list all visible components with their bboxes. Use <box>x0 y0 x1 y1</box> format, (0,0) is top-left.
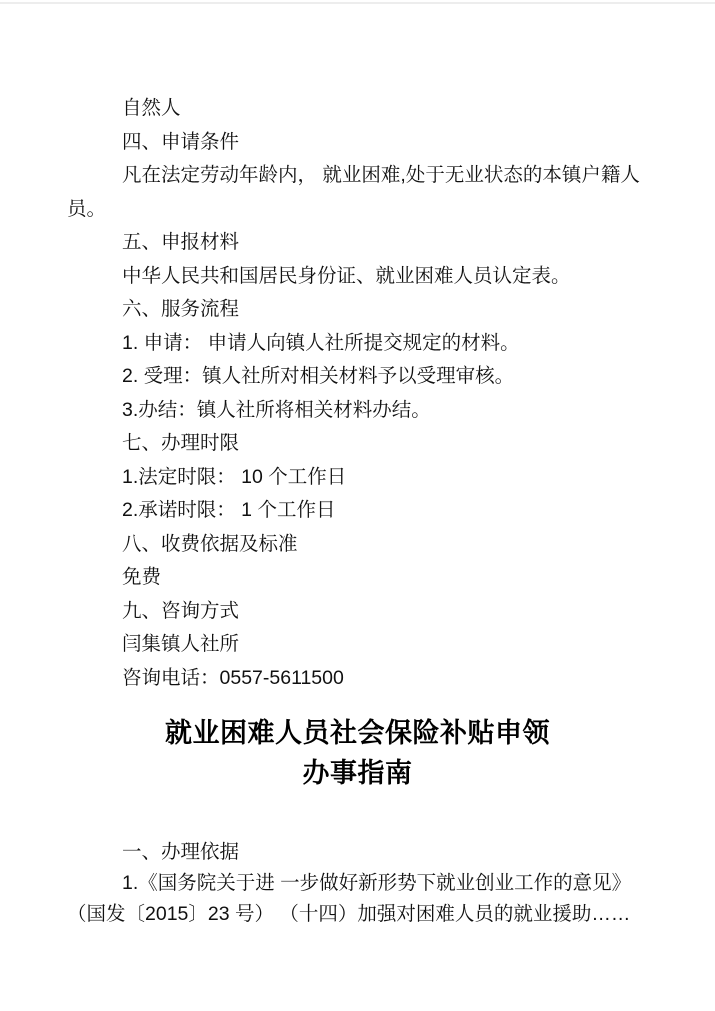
doc-line: （国发〔2015〕23 号） （十四）加强对困难人员的就业援助…… <box>67 899 655 930</box>
doc-line: 2. 受理：镇人社所对相关材料予以受理审核。 <box>67 360 655 394</box>
doc-line: 1.《国务院关于进 一步做好新形势下就业创业工作的意见》 <box>67 868 655 899</box>
doc-line-phone: 咨询电话：0557-5611500 <box>67 662 655 696</box>
doc-heading-line: 九、咨询方式 <box>67 595 655 629</box>
doc-line: 3.办结：镇人社所将相关材料办结。 <box>67 394 655 428</box>
guide-title-line2: 办事指南 <box>0 753 715 793</box>
guide-title-line1: 就业困难人员社会保险补贴申领 <box>0 713 715 753</box>
guide-section-top: 自然人 四、申请条件 凡在法定劳动年龄内， 就业困难,处于无业状态的本镇户籍人 … <box>0 0 715 695</box>
doc-heading-line: 八、收费依据及标准 <box>67 528 655 562</box>
doc-line: 凡在法定劳动年龄内， 就业困难,处于无业状态的本镇户籍人 <box>67 159 655 193</box>
doc-line: 闫集镇人社所 <box>67 628 655 662</box>
doc-line: 自然人 <box>67 92 655 126</box>
doc-heading-line: 一、办理依据 <box>67 837 655 868</box>
doc-heading-line: 六、服务流程 <box>67 293 655 327</box>
page-top-edge <box>0 2 715 4</box>
doc-line: 员。 <box>67 193 655 227</box>
doc-heading-line: 五、申报材料 <box>67 226 655 260</box>
doc-line: 2.承诺时限： 1 个工作日 <box>67 494 655 528</box>
doc-line: 中华人民共和国居民身份证、就业困难人员认定表。 <box>67 260 655 294</box>
document-page: 自然人 四、申请条件 凡在法定劳动年龄内， 就业困难,处于无业状态的本镇户籍人 … <box>0 0 715 1011</box>
doc-line: 1. 申请： 申请人向镇人社所提交规定的材料。 <box>67 327 655 361</box>
doc-heading-line: 四、申请条件 <box>67 126 655 160</box>
guide-title: 就业困难人员社会保险补贴申领 办事指南 <box>0 713 715 793</box>
doc-line: 1.法定时限： 10 个工作日 <box>67 461 655 495</box>
guide-section-bottom: 一、办理依据 1.《国务院关于进 一步做好新形势下就业创业工作的意见》 （国发〔… <box>0 837 715 930</box>
doc-heading-line: 七、办理时限 <box>67 427 655 461</box>
doc-line: 免费 <box>67 561 655 595</box>
